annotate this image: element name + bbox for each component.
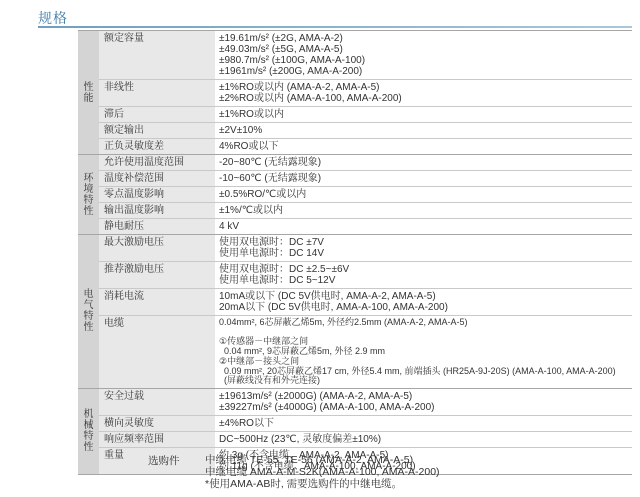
table-row: 正负灵敏度差4%RO或以下 xyxy=(99,138,632,154)
options-label: 选购件 xyxy=(148,454,205,490)
table-row: 温度补偿范围-10~60℃ (无结露现象) xyxy=(99,170,632,186)
row-label: 温度补偿范围 xyxy=(99,171,215,186)
group-rows: 最大激励电压使用双电源时：DC ±7V 使用单电源时：DC 14V推荐激励电压使… xyxy=(99,235,632,388)
row-label: 响应频率范围 xyxy=(99,432,215,447)
page-title: 规格 xyxy=(38,8,68,28)
row-label: 正负灵敏度差 xyxy=(99,139,215,154)
table-row: 推荐激励电压使用双电源时：DC ±2.5~±6V 使用单电源时：DC 5~12V xyxy=(99,261,632,288)
options-section: 选购件 中继电缆 TE-55, TE-56 (AMA-A-2, AMA-A-5)… xyxy=(148,454,440,490)
row-label: 消耗电流 xyxy=(99,289,215,315)
row-label: 允许使用温度范围 xyxy=(99,155,215,170)
table-row: 横向灵敏度±4%RO以下 xyxy=(99,415,632,431)
row-value: ±4%RO以下 xyxy=(215,416,632,431)
row-label: 推荐激励电压 xyxy=(99,262,215,288)
row-value: ±1%/℃或以内 xyxy=(215,203,632,218)
row-value: ±19.61m/s² (±2G, AMA-A-2) ±49.03m/s² (±5… xyxy=(215,31,632,79)
table-row: 消耗电流10mA或以下 (DC 5V供电时, AMA-A-2, AMA-A-5)… xyxy=(99,288,632,315)
row-label: 最大激励电压 xyxy=(99,235,215,261)
table-row: 零点温度影响±0.5%RO/℃或以内 xyxy=(99,186,632,202)
row-value: 0.04mm², 6芯屏蔽乙烯5m, 外径约2.5mm (AMA-A-2, AM… xyxy=(215,316,632,388)
group-rows: 额定容量±19.61m/s² (±2G, AMA-A-2) ±49.03m/s²… xyxy=(99,31,632,154)
row-label: 额定输出 xyxy=(99,123,215,138)
table-row: 输出温度影响±1%/℃或以内 xyxy=(99,202,632,218)
row-value: 使用双电源时：DC ±2.5~±6V 使用单电源时：DC 5~12V xyxy=(215,262,632,288)
row-label: 安全过载 xyxy=(99,389,215,415)
row-value: -10~60℃ (无结露现象) xyxy=(215,171,632,186)
row-value: ±0.5%RO/℃或以内 xyxy=(215,187,632,202)
row-label: 电缆 xyxy=(99,316,215,388)
row-label: 非线性 xyxy=(99,80,215,106)
spec-group: 环 境 特 性允许使用温度范围-20~80℃ (无结露现象)温度补偿范围-10~… xyxy=(78,154,632,234)
row-value: 4 kV xyxy=(215,219,632,234)
row-label: 输出温度影响 xyxy=(99,203,215,218)
row-value: ±1%RO或以内 (AMA-A-2, AMA-A-5) ±2%RO或以内 (AM… xyxy=(215,80,632,106)
row-label: 零点温度影响 xyxy=(99,187,215,202)
table-row: 额定输出±2V±10% xyxy=(99,122,632,138)
table-row: 额定容量±19.61m/s² (±2G, AMA-A-2) ±49.03m/s²… xyxy=(99,31,632,79)
group-label: 电 气 特 性 xyxy=(78,235,99,388)
row-label: 滞后 xyxy=(99,107,215,122)
table-row: 电缆0.04mm², 6芯屏蔽乙烯5m, 外径约2.5mm (AMA-A-2, … xyxy=(99,315,632,388)
spec-group: 性 能额定容量±19.61m/s² (±2G, AMA-A-2) ±49.03m… xyxy=(78,31,632,154)
table-row: 滞后±1%RO或以内 xyxy=(99,106,632,122)
table-row: 响应频率范围DC~500Hz (23℃, 灵敏度偏差±10%) xyxy=(99,431,632,447)
table-row: 最大激励电压使用双电源时：DC ±7V 使用单电源时：DC 14V xyxy=(99,235,632,261)
row-value: DC~500Hz (23℃, 灵敏度偏差±10%) xyxy=(215,432,632,447)
table-row: 允许使用温度范围-20~80℃ (无结露现象) xyxy=(99,155,632,170)
group-label: 性 能 xyxy=(78,31,99,154)
row-value: 使用双电源时：DC ±7V 使用单电源时：DC 14V xyxy=(215,235,632,261)
row-value: 10mA或以下 (DC 5V供电时, AMA-A-2, AMA-A-5) 20m… xyxy=(215,289,632,315)
row-label: 静电耐压 xyxy=(99,219,215,234)
table-row: 静电耐压4 kV xyxy=(99,218,632,234)
row-value: ±1%RO或以内 xyxy=(215,107,632,122)
row-value: ±2V±10% xyxy=(215,123,632,138)
spec-table: 性 能额定容量±19.61m/s² (±2G, AMA-A-2) ±49.03m… xyxy=(78,30,632,475)
row-label: 额定容量 xyxy=(99,31,215,79)
table-row: 非线性±1%RO或以内 (AMA-A-2, AMA-A-5) ±2%RO或以内 … xyxy=(99,79,632,106)
row-value: ±19613m/s² (±2000G) (AMA-A-2, AMA-A-5) ±… xyxy=(215,389,632,415)
group-label: 机 械 特 性 xyxy=(78,389,99,474)
options-lines: 中继电缆 TE-55, TE-56 (AMA-A-2, AMA-A-5) 中继电… xyxy=(205,454,440,490)
table-row: 安全过载±19613m/s² (±2000G) (AMA-A-2, AMA-A-… xyxy=(99,389,632,415)
spec-group: 电 气 特 性最大激励电压使用双电源时：DC ±7V 使用单电源时：DC 14V… xyxy=(78,234,632,388)
group-rows: 允许使用温度范围-20~80℃ (无结露现象)温度补偿范围-10~60℃ (无结… xyxy=(99,155,632,234)
row-value: 4%RO或以下 xyxy=(215,139,632,154)
title-underline-rule xyxy=(38,26,632,28)
row-label: 横向灵敏度 xyxy=(99,416,215,431)
row-value: -20~80℃ (无结露现象) xyxy=(215,155,632,170)
group-label: 环 境 特 性 xyxy=(78,155,99,234)
